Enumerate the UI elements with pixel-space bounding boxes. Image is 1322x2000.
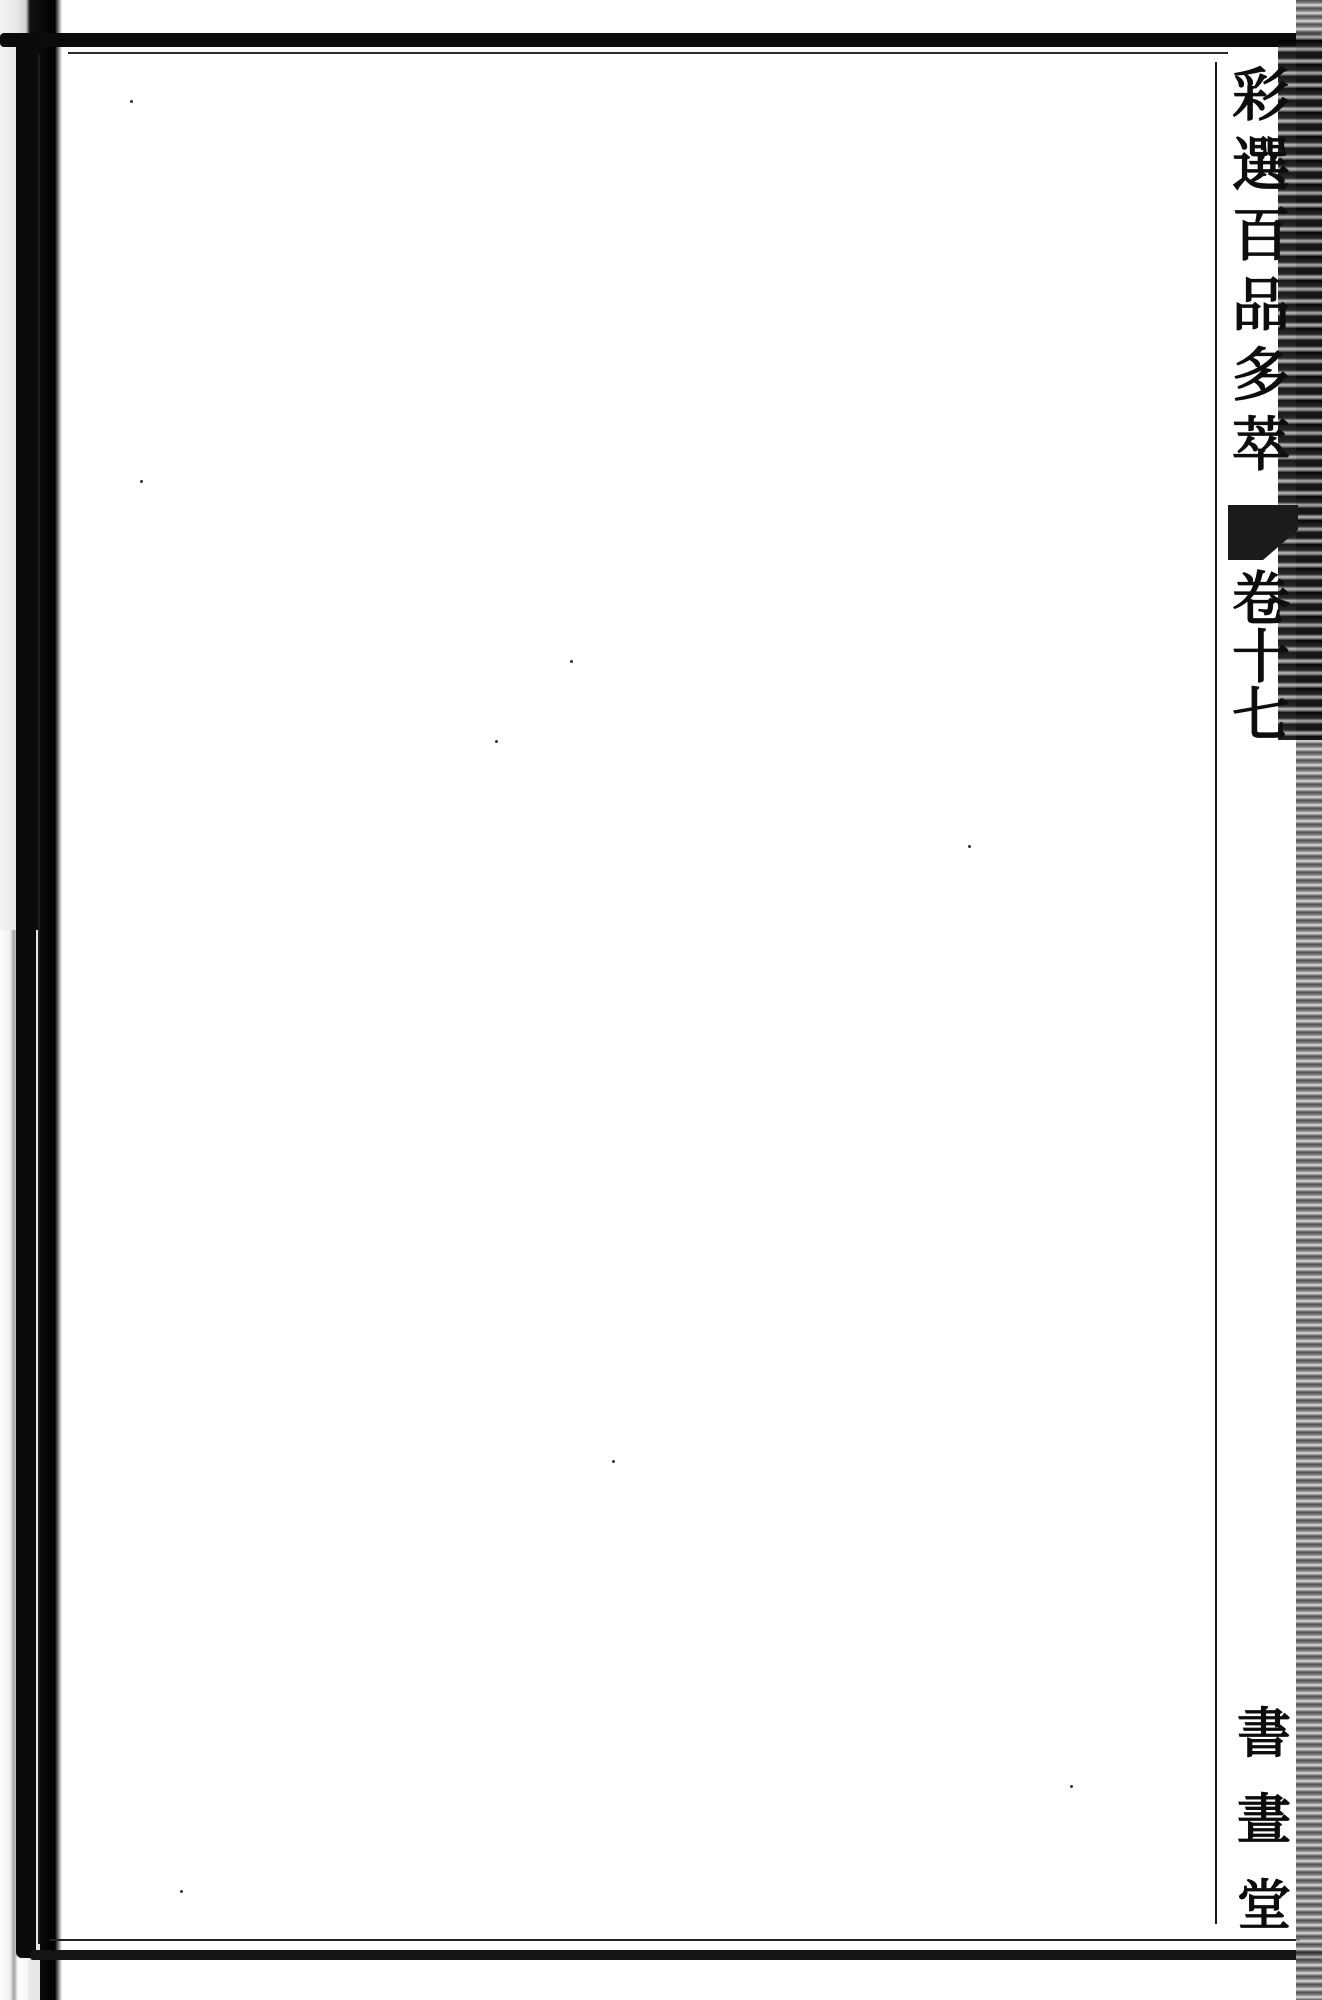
juan-char: 七: [1232, 686, 1290, 744]
hall-char: 書: [1237, 1690, 1291, 1776]
title-char: 選: [1232, 130, 1290, 200]
ink-speck: [495, 740, 498, 743]
book-page: 彩 選 百 品 多 萃 卷 十 七 書 晝 堂: [0, 0, 1322, 2000]
inner-frame-top: [68, 52, 1228, 54]
frame-top-border: [0, 33, 1322, 47]
ink-speck: [180, 1890, 183, 1893]
hall-name: 書 晝 堂: [1232, 1690, 1296, 1948]
juan-char: 卷: [1232, 570, 1290, 628]
inner-frame-bottom: [50, 1939, 1300, 1941]
ink-speck: [140, 480, 143, 483]
frame-bottom-border: [30, 1950, 1322, 1960]
title-char: 萃: [1232, 410, 1290, 480]
frame-left-border: [16, 33, 36, 1958]
title-char: 品: [1232, 270, 1290, 340]
banxin-divider-line: [1215, 62, 1217, 1924]
hall-char: 堂: [1237, 1862, 1291, 1948]
hall-char: 晝: [1237, 1776, 1291, 1862]
ink-speck: [130, 100, 133, 103]
inner-frame-left: [38, 54, 40, 1944]
title-char: 百: [1232, 200, 1290, 270]
juan-char: 十: [1232, 628, 1290, 686]
ink-speck: [968, 845, 971, 848]
title-char: 彩: [1232, 60, 1290, 130]
juan-number: 卷 十 七: [1226, 570, 1296, 744]
ink-speck: [1070, 1785, 1073, 1788]
banxin-title: 彩 選 百 品 多 萃: [1226, 60, 1296, 480]
ink-speck: [612, 1460, 615, 1463]
ink-speck: [570, 660, 573, 663]
title-char: 多: [1232, 340, 1290, 410]
